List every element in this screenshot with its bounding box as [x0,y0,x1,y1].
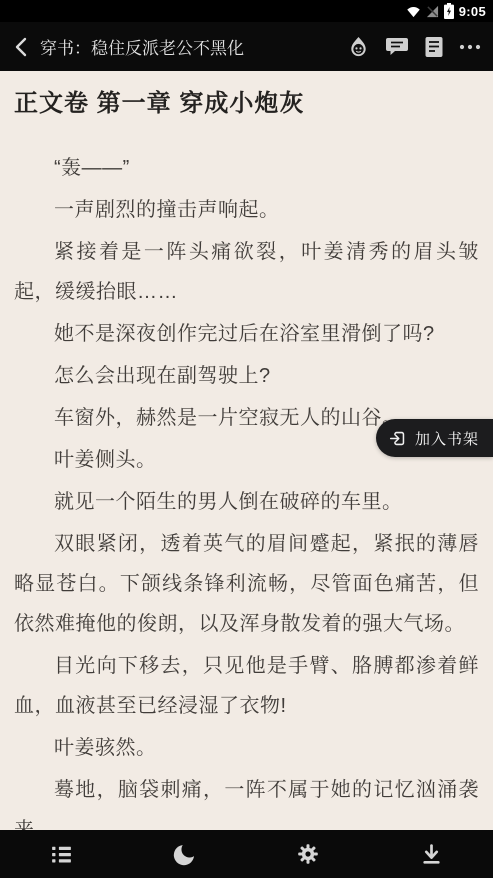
paragraph: 就见一个陌生的男人倒在破碎的车里。 [14,482,479,522]
paragraph: 怎么会出现在副驾驶上? [14,356,479,396]
paragraph: 紧接着是一阵头痛欲裂，叶姜清秀的眉头皱起，缓缓抬眼…… [14,232,479,312]
paragraph: 叶姜骇然。 [14,728,479,768]
reading-area[interactable]: 正文卷 第一章 穿成小炮灰 “轰——”一声剧烈的撞击声响起。紧接着是一阵头痛欲裂… [0,71,493,878]
moon-icon [171,841,198,868]
comments-button[interactable] [385,36,409,58]
paragraph: 一声剧烈的撞击声响起。 [14,190,479,230]
add-to-shelf-icon [389,430,406,447]
more-button[interactable] [459,44,481,50]
nav-night-mode-button[interactable] [123,830,246,878]
status-time: 9:05 [459,4,486,19]
title-bar-actions [347,35,481,59]
paragraph: 目光向下移去，只见他是手臂、胳膊都渗着鲜血，血液甚至已经浸湿了衣物! [14,646,479,726]
wifi-icon [406,5,421,18]
paragraph: “轰——” [14,148,479,188]
chapter-list-button[interactable] [424,36,444,58]
nav-settings-button[interactable] [247,830,370,878]
chapter-body: “轰——”一声剧烈的撞击声响起。紧接着是一阵头痛欲裂，叶姜清秀的眉头皱起，缓缓抬… [14,148,479,850]
nav-contents-button[interactable] [0,830,123,878]
contents-icon [49,842,74,867]
paragraph: 双眼紧闭，透着英气的眉间蹙起，紧抿的薄唇略显苍白。下颌线条锋利流畅，尽管面色痛苦… [14,524,479,644]
status-bar: 9:05 [0,0,493,22]
title-bar: 穿书：稳住反派老公不黑化 [0,22,493,71]
nav-download-button[interactable] [370,830,493,878]
add-to-bookshelf-button[interactable]: 加入书架 [376,419,493,457]
bottom-nav [0,830,493,878]
reader-screen: 9:05 穿书：稳住反派老公不黑化 [0,0,493,878]
cellular-no-signal-icon [426,5,439,18]
add-to-bookshelf-label: 加入书架 [415,428,479,449]
battery-charging-icon [444,3,454,19]
chapter-list-icon [424,36,444,58]
more-icon [459,44,481,50]
paragraph: 她不是深夜创作完过后在浴室里滑倒了吗? [14,314,479,354]
comments-icon [385,36,409,58]
back-icon [12,36,30,58]
download-icon [419,842,444,867]
avatar-icon [347,35,370,59]
book-title: 穿书：稳住反派老公不黑化 [40,34,347,59]
gear-icon [296,842,320,866]
chapter-title: 正文卷 第一章 穿成小炮灰 [14,87,479,121]
back-button[interactable] [8,32,34,62]
reader-avatar-button[interactable] [347,35,370,59]
